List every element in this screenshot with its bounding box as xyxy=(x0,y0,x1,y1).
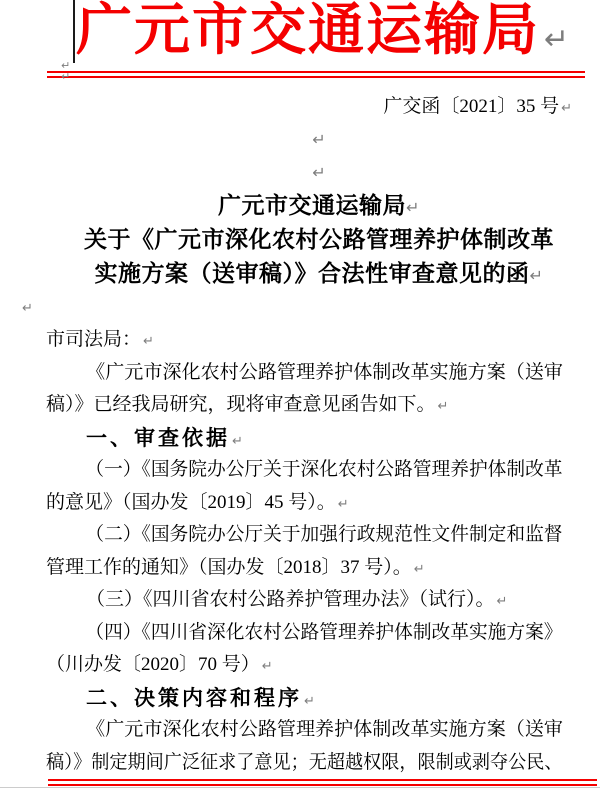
empty-paragraph: ↵ xyxy=(0,291,600,324)
empty-paragraph: ↵ xyxy=(38,123,600,156)
paragraph-line: （三）《四川省农村公路养护管理办法》（试行）。↵ xyxy=(46,584,563,617)
header-frame-border xyxy=(73,0,75,63)
title-block: ↵ ↵ 广元市交通运输局↵ 关于《广元市深化农村公路管理养护体制改革 实施方案（… xyxy=(0,123,600,291)
heading-text: 二、决策内容和程序 xyxy=(46,682,302,715)
paragraph-mark-icon: ↵ xyxy=(143,334,154,349)
doc-number: 广交函〔2021〕35 号 xyxy=(383,96,559,117)
org-name-text: 广元市交通运输局 xyxy=(76,0,540,62)
paragraph-mark-icon: ↵ xyxy=(406,198,420,217)
paragraph-line: 稿）》已经我局研究，现将审查意见函告如下。↵ xyxy=(46,389,563,422)
paragraph-text: 《广元市深化农村公路管理养护体制改革实施方案（送审 xyxy=(46,357,563,390)
paragraph-text: （川办发〔2020〕70 号） xyxy=(46,649,260,682)
org-name-red-header: 广元市交通运输局↵ xyxy=(76,0,569,75)
document-body: 市司法局：↵ 《广元市深化农村公路管理养护体制改革实施方案（送审 稿）》已经我局… xyxy=(46,324,563,779)
paragraph-mark-icon: ↵ xyxy=(61,71,70,82)
paragraph-mark-icon: ↵ xyxy=(438,399,449,414)
paragraph-mark-icon: ↵ xyxy=(561,101,572,116)
paragraph-mark-icon: ↵ xyxy=(497,594,508,609)
paragraph-text: 的意见》（国办发〔2019〕45 号）。 xyxy=(46,487,336,520)
paragraph-mark-icon: ↵ xyxy=(232,434,243,449)
paragraph-line: （四）《四川省深化农村公路管理养护体制改革实施方案》 xyxy=(46,617,563,650)
paragraph-line: （二）《国务院办公厅关于加强行政规范性文件制定和监督 xyxy=(46,519,563,552)
paragraph-line: （川办发〔2020〕70 号）↵ xyxy=(46,649,563,682)
word-document-page: 广元市交通运输局↵ ↵ ↵ 广交函〔2021〕35 号↵ ↵ ↵ 广元市交通运输… xyxy=(0,0,600,790)
salutation-line: 市司法局：↵ xyxy=(46,324,563,357)
paragraph-text: （三）《四川省农村公路养护管理办法》（试行）。 xyxy=(46,584,495,617)
paragraph-text: 管理工作的通知》（国办发〔2018〕37 号）。 xyxy=(46,552,412,585)
paragraph-mark-icon: ↵ xyxy=(530,266,544,285)
title-line-1: 广元市交通运输局↵ xyxy=(38,189,600,223)
paragraph-line: 《广元市深化农村公路管理养护体制改革实施方案（送审 xyxy=(46,357,563,390)
paragraph-mark-icon: ↵ xyxy=(22,301,33,316)
paragraph-line: 稿）》制定期间广泛征求了意见；无超越权限，限制或剥夺公民、 xyxy=(46,747,563,780)
section-heading-1: 一、审查依据↵ xyxy=(46,422,563,455)
paragraph-line: （一）《国务院办公厅关于深化农村公路管理养护体制改革 xyxy=(46,454,563,487)
paragraph-line: 管理工作的通知》（国办发〔2018〕37 号）。↵ xyxy=(46,552,563,585)
paragraph-line: 的意见》（国办发〔2019〕45 号）。↵ xyxy=(46,487,563,520)
empty-paragraph: ↵ xyxy=(38,156,600,189)
paragraph-line: 《广元市深化农村公路管理养护体制改革实施方案（送审 xyxy=(46,714,563,747)
paragraph-text: 稿）》已经我局研究，现将审查意见函告如下。 xyxy=(46,389,436,422)
paragraph-text: （一）《国务院办公厅关于深化农村公路管理养护体制改革 xyxy=(46,454,563,487)
paragraph-text: （四）《四川省深化农村公路管理养护体制改革实施方案》 xyxy=(46,617,563,650)
paragraph-mark-icon: ↵ xyxy=(262,659,273,674)
paragraph-text: （二）《国务院办公厅关于加强行政规范性文件制定和监督 xyxy=(46,519,563,552)
paragraph-mark-icon: ↵ xyxy=(414,562,425,577)
paragraph-mark-icon: ↵ xyxy=(544,22,569,57)
section-heading-2: 二、决策内容和程序↵ xyxy=(46,682,563,715)
title-text: 广元市交通运输局 xyxy=(218,193,406,218)
page-edge-line xyxy=(0,787,600,788)
paragraph-mark-icon: ↵ xyxy=(304,694,315,709)
title-text: 实施方案（送审稿）》合法性审查意见的函 xyxy=(95,261,530,286)
doc-number-line: 广交函〔2021〕35 号↵ xyxy=(0,90,600,123)
title-line-3: 实施方案（送审稿）》合法性审查意见的函↵ xyxy=(38,257,600,291)
paragraph-text: 《广元市深化农村公路管理养护体制改革实施方案（送审 xyxy=(46,714,563,747)
paragraph-mark-icon: ↵ xyxy=(338,497,349,512)
heading-text: 一、审查依据 xyxy=(46,422,230,455)
paragraph-text: 稿）》制定期间广泛征求了意见；无超越权限，限制或剥夺公民、 xyxy=(46,747,563,780)
title-line-2: 关于《广元市深化农村公路管理养护体制改革 xyxy=(38,223,600,257)
letterhead: 广元市交通运输局↵ xyxy=(0,0,600,71)
title-text: 关于《广元市深化农村公路管理养护体制改革 xyxy=(84,227,554,252)
page-break-double-rule xyxy=(48,779,597,786)
paragraph-mark-icon: ↵ xyxy=(312,163,325,182)
salutation: 市司法局： xyxy=(46,324,141,357)
paragraph-mark-icon: ↵ xyxy=(312,130,325,149)
